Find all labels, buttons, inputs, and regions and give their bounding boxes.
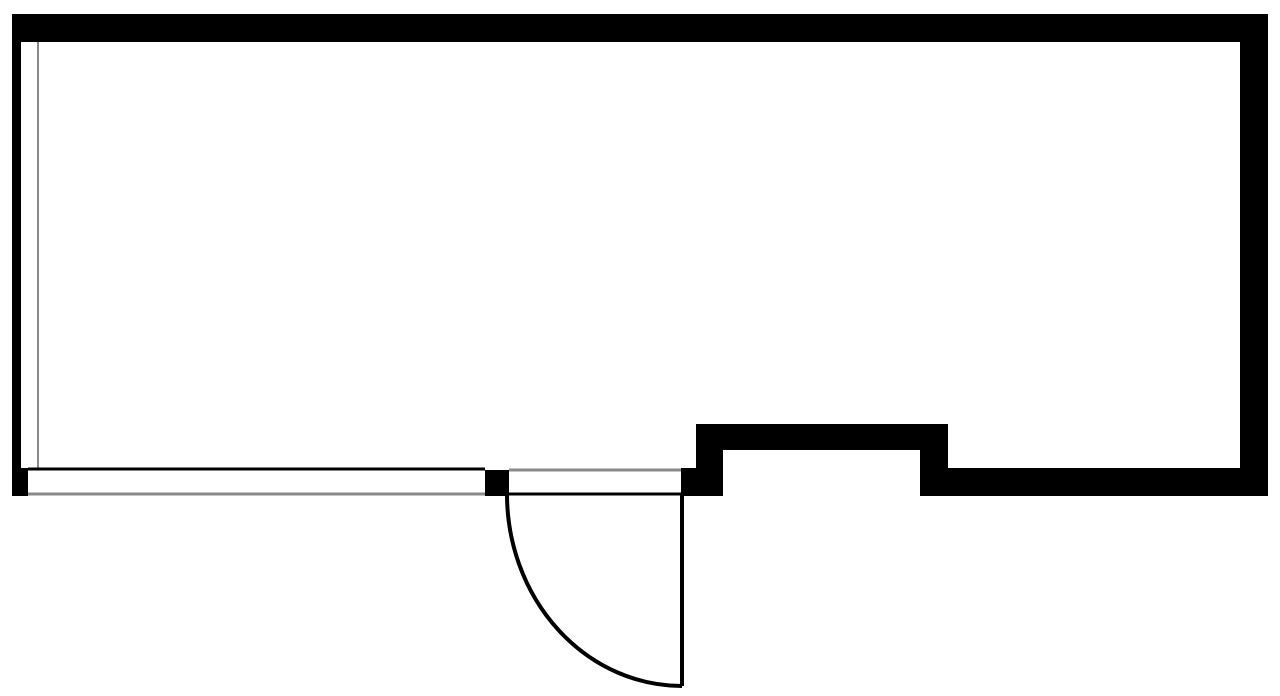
door-swing-arc (507, 494, 682, 686)
right-wall (1240, 14, 1268, 496)
left-wall (12, 14, 21, 496)
bottom-right-wall (920, 468, 1268, 496)
door-jamb-left (485, 470, 509, 496)
bottom-left-corner (12, 468, 28, 496)
top-wall (12, 14, 1268, 42)
alcove-top-wall (696, 424, 948, 450)
floor-plan (0, 0, 1280, 696)
